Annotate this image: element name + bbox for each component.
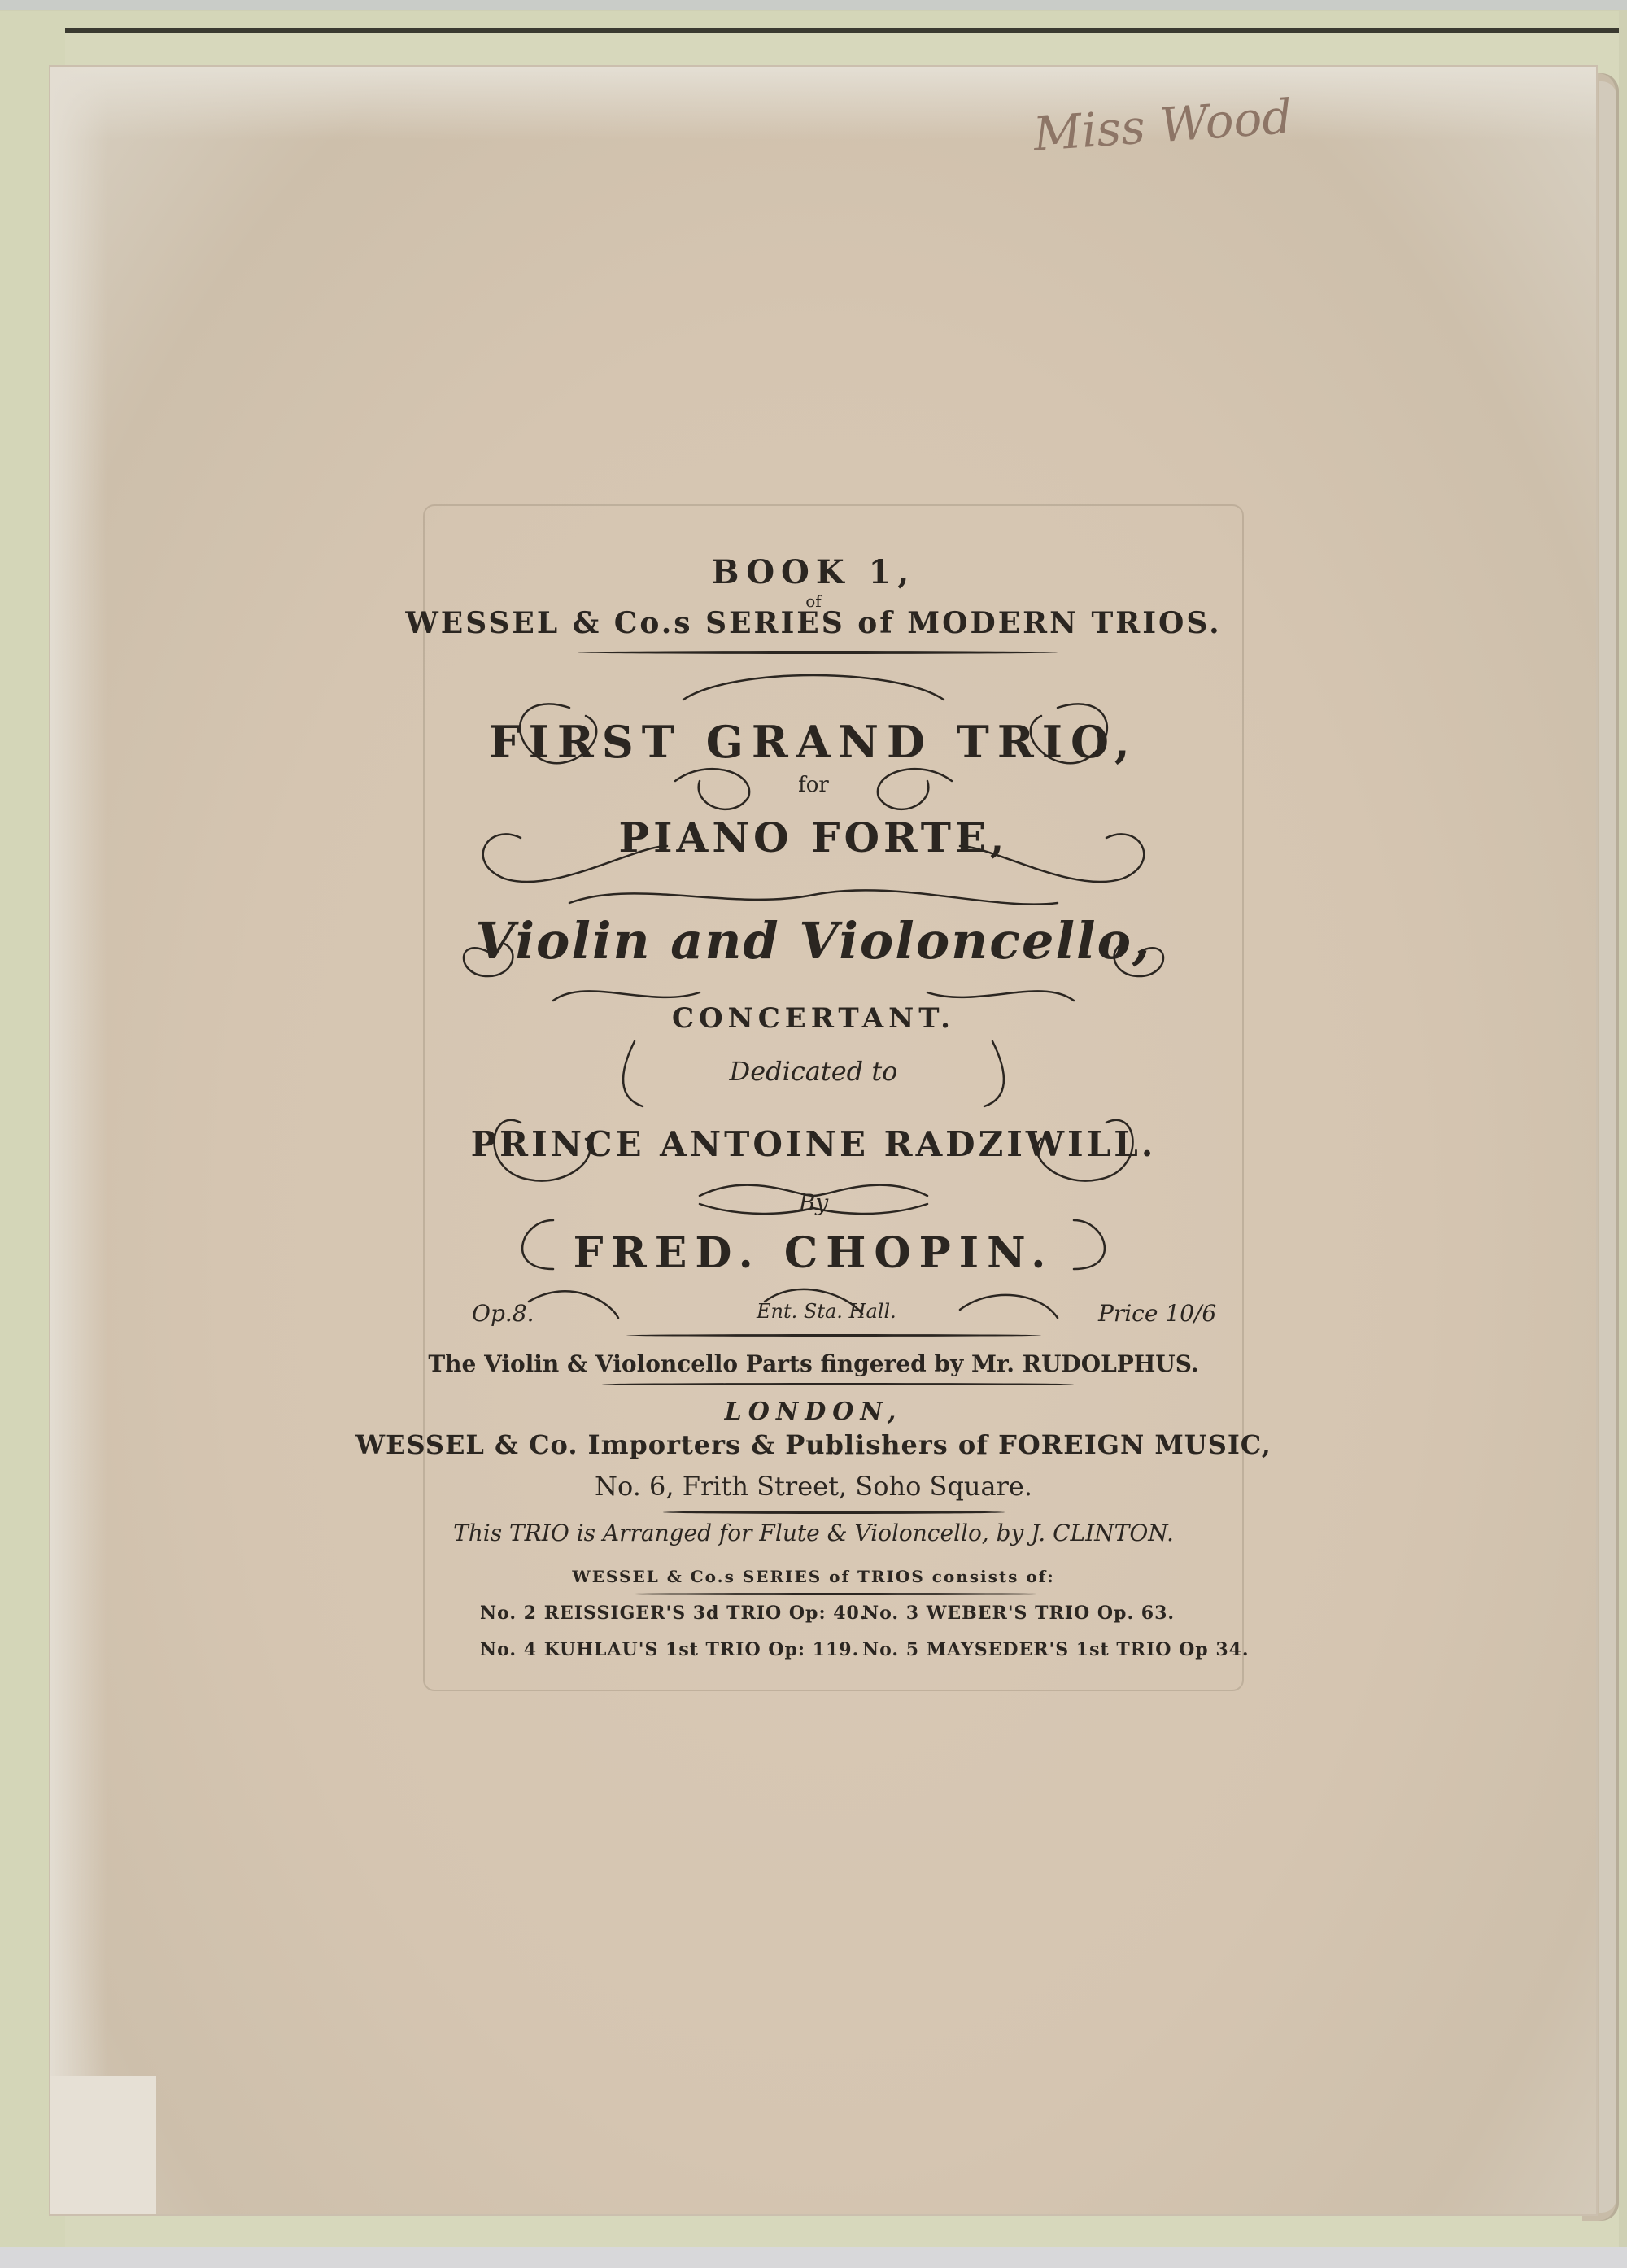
book-number: BOOK 1, — [0, 553, 1627, 591]
series-item-title: MAYSEDER'S 1st TRIO — [927, 1639, 1172, 1660]
series-list-item: No. 5 MAYSEDER'S 1st TRIO Op 34. — [862, 1639, 1250, 1660]
concertant-label: CONCERTANT. — [0, 1002, 1627, 1035]
series-list-item: No. 2 REISSIGER'S 3d TRIO Op: 40. — [480, 1603, 867, 1624]
opus-number: Op.8. — [472, 1300, 534, 1327]
series-item-opus: Op: 40. — [789, 1603, 867, 1624]
dedication-label: Dedicated to — [0, 1056, 1627, 1087]
instrument-strings: Violin and Violoncello, — [0, 911, 1627, 970]
by-label: By — [0, 1189, 1627, 1216]
instrument-piano: PIANO FORTE, — [0, 813, 1627, 861]
publisher: WESSEL & Co. Importers & Publishers of F… — [0, 1429, 1627, 1460]
series-item-number: No. 5 — [862, 1639, 919, 1660]
work-title: FIRST GRAND TRIO, — [0, 716, 1627, 768]
series-item-number: No. 2 — [480, 1603, 537, 1624]
stationers-hall-entry: Ent. Sta. Hall. — [757, 1300, 896, 1323]
series-item-title: REISSIGER'S 3d TRIO — [544, 1603, 783, 1624]
series-item-number: No. 4 — [480, 1639, 537, 1660]
series-item-opus: Op 34. — [1179, 1639, 1249, 1660]
dedicatee: PRINCE ANTOINE RADZIWILL. — [0, 1124, 1627, 1164]
divider-rule — [663, 1511, 1005, 1514]
divider-rule — [622, 1593, 1049, 1595]
series-list-item: No. 3 WEBER'S TRIO Op. 63. — [862, 1603, 1175, 1624]
publisher-address: No. 6, Frith Street, Soho Square. — [0, 1471, 1627, 1502]
series-list-heading: WESSEL & Co.s SERIES of TRIOS consists o… — [0, 1567, 1627, 1586]
divider-rule — [626, 1334, 1041, 1337]
series-item-opus: Op: 119. — [768, 1639, 859, 1660]
for-label: for — [0, 773, 1627, 797]
series-item-title: WEBER'S TRIO — [927, 1603, 1091, 1624]
series-item-title: KUHLAU'S 1st TRIO — [544, 1639, 761, 1660]
price: Price 10/6 — [1098, 1300, 1216, 1327]
fingering-note: The Violin & Violoncello Parts fingered … — [0, 1350, 1627, 1377]
city: LONDON, — [0, 1398, 1627, 1426]
divider-rule — [578, 651, 1058, 654]
series-list-item: No. 4 KUHLAU'S 1st TRIO Op: 119. — [480, 1639, 859, 1660]
arrangement-note: This TRIO is Arranged for Flute & Violon… — [0, 1520, 1627, 1546]
series-title: WESSEL & Co.s SERIES of MODERN TRIOS. — [0, 606, 1627, 640]
divider-rule — [602, 1383, 1074, 1385]
series-item-opus: Op. 63. — [1097, 1603, 1175, 1624]
series-item-number: No. 3 — [862, 1603, 919, 1624]
composer-name: FRED. CHOPIN. — [0, 1228, 1627, 1278]
